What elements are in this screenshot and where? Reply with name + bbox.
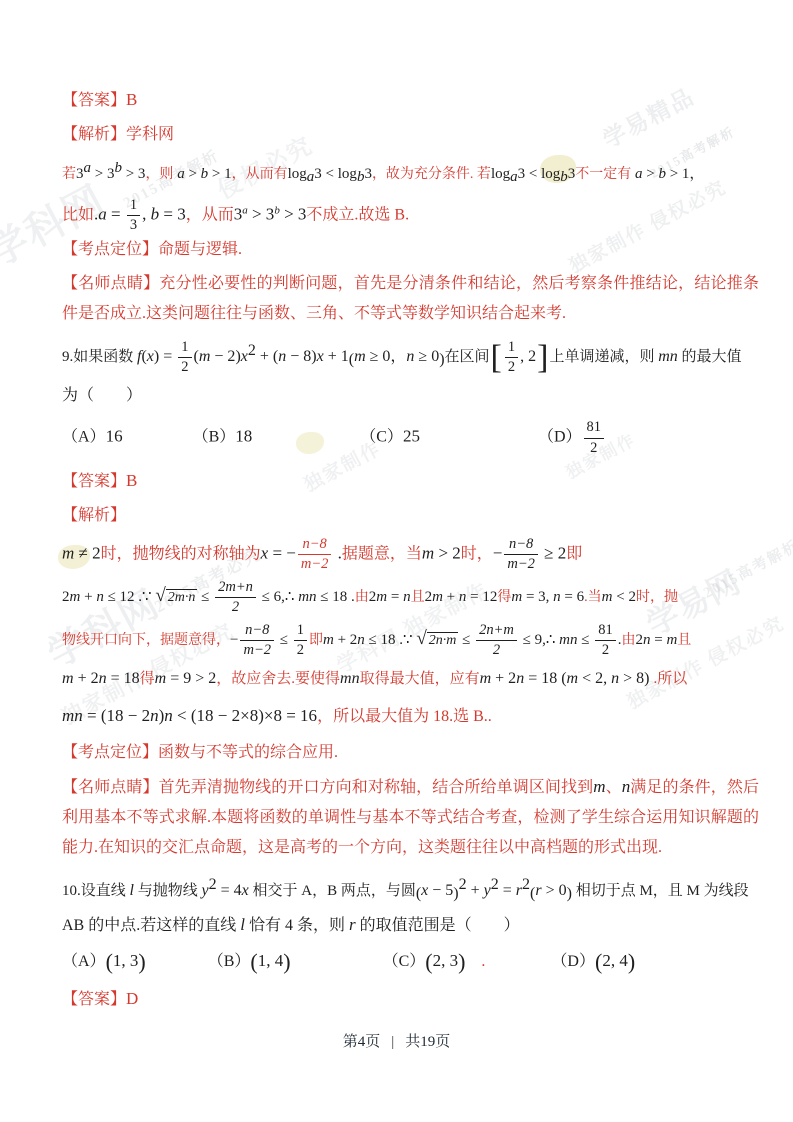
fraction: n−8m−2 [240,622,274,659]
text-segment: n [99,670,107,687]
text-segment: B [126,471,137,490]
text-segment: n [516,670,524,687]
text-segment: < 2, [578,670,611,687]
text-segment: log [491,166,510,182]
text-segment: > 1， [666,166,704,182]
text-segment: m [354,348,366,365]
fraction-denominator: 2 [476,641,517,659]
text-segment: n [357,632,365,648]
text-segment: n [164,706,173,725]
text-segment: ) [283,949,290,974]
text-segment: x [147,348,154,365]
text-segment: AB 的中点.若这样的直线 [62,917,240,934]
radical-sign-icon: √ [416,628,426,649]
text-segment: n [150,706,159,725]
text-segment: 【考点定位】函数与不等式的综合应用. [62,744,338,761]
text-segment: 25 [403,427,420,446]
option-spacer [123,441,193,442]
text-segment: （D） [538,429,582,446]
fraction: 12 [294,622,307,659]
text-segment: = 12 [466,589,497,605]
text-segment: 时，抛物线的对称轴为 [101,545,261,562]
text-segment: ≥ 0， [366,348,407,365]
text-segment: .当 [584,590,602,605]
fraction-denominator: 2 [595,641,616,659]
square-root: √2m·n [155,582,197,611]
big-bracket: [ [491,339,502,376]
fraction-denominator: m−2 [504,555,538,573]
text-segment: 1, 4 [258,951,284,970]
text-segment: 即 [566,545,582,562]
text-segment: 2, 4 [602,951,628,970]
text-segment: > 3 [248,204,275,223]
text-segment: m [593,777,605,796]
q8-teacher-note: 【名师点睛】充分性必要性的判断问题，首先是分清条件和结论，然后考察条件推结论，结… [62,269,759,329]
text-segment: = 3, [522,589,553,605]
text-segment: m [480,670,492,687]
text-segment: ∴ [285,589,298,605]
q8-analysis-label: 【解析】学科网 [62,121,759,148]
text-segment: − 5 [428,882,453,899]
text-segment: 比如 [62,206,94,223]
q8-analysis-line2: 比如.a = 13, b = 3，从而3a > 3b > 3不成立.故选 B. [62,197,759,234]
text-segment: 在区间 [445,349,490,365]
text-segment: > 2 [434,543,461,562]
q9-teacher-note: 【名师点睛】首先弄清抛物线的开口方向和对称轴，结合所给单调区间找到m、n满足的条… [62,772,759,863]
text-segment: （D） [551,953,595,970]
fraction-denominator: 3 [127,216,140,234]
text-segment: x [242,882,249,899]
text-segment: b [658,166,666,182]
radicand: 2n·m [427,632,459,648]
text-segment: m [323,632,334,648]
text-segment: 学科网 [126,126,174,143]
text-segment: > 0 [542,882,567,899]
text-segment: .所以 [654,671,688,687]
text-segment: 【考点定位】命题与逻辑. [62,241,242,258]
text-segment: ( [250,949,257,974]
text-segment: 3 [234,204,243,223]
text-segment: n [611,670,619,687]
fraction-numerator: 1 [178,339,191,358]
content-area: 【答案】B【解析】学科网若3a > 3b > 3，则 a > b > 1，从而有… [0,0,793,1013]
text-segment: ∴ [546,632,559,648]
text-segment: m [155,670,167,687]
text-segment: m [567,670,579,687]
text-segment: ≤ 18 [365,632,396,648]
text-segment: > [185,166,201,182]
text-segment: B [126,90,137,109]
text-segment: （B） [193,429,236,446]
text-segment: （C） [360,429,403,446]
text-segment: ) [628,949,635,974]
text-segment: 、 [605,779,621,796]
text-segment: 【名师点睛】首先弄清抛物线的开口方向和对称轴，结合所给单调区间找到 [62,779,593,796]
text-segment: − 2 [210,348,235,365]
text-segment: 若 [62,167,76,182]
fraction-numerator: 81 [595,622,616,641]
text-segment: 不成立.故选 B. [306,206,409,223]
fraction: 812 [584,419,605,456]
text-segment: − [230,632,238,648]
text-segment: 2 [522,876,530,893]
fraction: 2m+n2 [215,579,256,616]
text-segment: 的最大值 [678,349,742,365]
text-segment: m [70,589,81,605]
text-segment: log [541,166,560,182]
footer-page-total: 共19页 [405,1034,450,1050]
text-segment: 2 [491,876,499,893]
q9-stem-line1: 9.如果函数 f(x) = 12(m − 2)x2 + (n − 8)x + 1… [62,337,759,376]
fraction-denominator: 2 [584,439,605,457]
option-spacer [252,441,360,442]
text-segment: 【答案】 [62,473,126,490]
text-segment: = [107,204,125,223]
text-segment: > [643,166,659,182]
fraction-numerator: n−8 [504,536,538,555]
text-segment: ≤ [578,632,594,648]
text-segment: （B） [208,953,251,970]
text-segment: .∵ [135,589,156,605]
text-segment: 上单调递减，则 [549,349,658,365]
fraction-denominator: 2 [178,358,191,376]
q9-answer: 【答案】B [62,467,759,495]
fraction: 2n+m2 [476,622,517,659]
text-segment: 时， [461,545,493,562]
text-segment: 【答案】 [62,991,126,1008]
text-segment: . [347,589,355,605]
text-segment: 物线开口向下，据题意得， [62,633,230,648]
text-segment: mn [559,632,577,648]
text-segment: ≠ 2 [74,543,100,562]
fraction-numerator: n−8 [298,536,332,555]
text-segment: .∵ [396,632,417,648]
text-segment: ≤ 12 [104,589,135,605]
fraction: n−8m−2 [298,536,332,573]
text-segment: ，从而有 [232,167,288,182]
text-segment: = − [268,543,296,562]
radical-sign-icon: √ [155,585,165,606]
text-segment: + [80,589,96,605]
text-segment: 3 [76,166,84,182]
fraction: 13 [127,197,140,234]
fraction-numerator: 1 [505,339,518,358]
option-spacer [485,965,551,966]
text-segment: < 2 [612,589,635,605]
text-segment: （A） [62,429,106,446]
text-segment: ≤ [197,589,213,605]
q8-analysis-line1: 若3a > 3b > 3，则 a > b > 1，从而有loga3 < logb… [62,155,759,191]
text-segment: 得 [140,671,155,687]
fraction-numerator: 81 [584,419,605,438]
q9-options: （A）16（B）18（C）25（D）812 [62,419,759,456]
text-segment: + 2 [334,632,357,648]
text-segment: 【解析】 [62,507,126,524]
text-segment: r [349,915,356,934]
text-segment: ) = [154,348,176,365]
big-bracket: ] [537,339,548,376]
text-segment: 与抛物线 [134,883,202,899]
fraction-numerator: n−8 [240,622,274,641]
q9-analysis-label: 【解析】 [62,502,759,529]
text-segment: = 6 [561,589,584,605]
text-segment: x [317,348,324,365]
text-segment: m [376,589,387,605]
text-segment: 2 [209,876,217,893]
q9-analysis-line1: m ≠ 2时，抛物线的对称轴为x = −n−8m−2 .据题意，当m > 2时，… [62,536,759,573]
text-segment: − [493,543,503,562]
text-segment: ，则 [145,167,173,182]
text-segment: = 4 [217,882,242,899]
text-segment: m [666,632,677,648]
text-segment: 2, 3 [433,951,459,970]
text-segment: 2 [425,589,433,605]
text-segment: 3 [364,166,372,182]
q9-keypoint: 【考点定位】函数与不等式的综合应用. [62,739,759,766]
text-segment: 时，抛 [636,590,678,605]
text-segment: ≤ 18 [317,589,348,605]
text-segment: 取得最大值，应有 [360,671,480,687]
fraction-denominator: 2 [294,641,307,659]
text-segment: ≤ 9, [519,632,546,648]
text-segment: ≥ 0 [414,348,439,365]
text-segment: n [96,589,104,605]
text-segment: ，所以最大值为 18.选 B.. [317,708,492,725]
text-segment: n [403,589,411,605]
text-segment: 2 [459,876,467,893]
fraction: 812 [595,622,616,659]
text-segment: + [443,589,459,605]
text-segment: a [84,160,92,176]
text-segment: 2 [635,632,643,648]
option-spacer [420,441,538,442]
text-segment: + ( [256,348,278,365]
fraction-numerator: 1 [294,622,307,641]
text-segment: mn [658,348,678,365]
text-segment: 不一定有 [575,167,631,182]
fraction-denominator: m−2 [298,555,332,573]
text-segment: ，故为充分条件. 若 [372,167,491,182]
fraction: 12 [178,339,191,376]
text-segment: mn [340,670,360,687]
text-segment: > 8 [619,670,644,687]
text-segment: mn [62,706,83,725]
text-segment: , [142,204,151,223]
text-segment: a [98,204,107,223]
text-segment: . [465,953,485,970]
text-segment: 恰有 4 条，则 [245,917,349,934]
text-segment: 16 [106,427,123,446]
q10-answer: 【答案】D [62,985,759,1013]
text-segment: 相切于点 M，且 M 为线段 [572,883,749,899]
fraction-denominator: m−2 [240,641,274,659]
q9-analysis-line2: 2m + n ≤ 12 .∵ √2m·n ≤ 2m+n2 ≤ 6,∴ mn ≤ … [62,579,759,616]
text-segment: > 3 [122,166,145,182]
text-segment: 3 [518,166,526,182]
text-segment: m [602,589,613,605]
text-segment: = (18 − 2 [83,706,150,725]
radicand: 2m·n [166,589,198,605]
text-segment: 由 [621,633,635,648]
q10-stem-line2: AB 的中点.若这样的直线 l 恰有 4 条，则 r 的取值范围是（ ） [62,911,759,939]
text-segment: 相交于 A，B 两点，与圆 [249,883,416,899]
fraction: 12 [505,339,518,376]
text-segment: 【答案】 [62,92,126,109]
text-segment: ≤ [276,632,292,648]
text-segment: ( [425,949,432,974]
text-segment: 且 [411,590,425,605]
text-segment: = [387,589,403,605]
text-segment: 且 [677,633,691,648]
q8-keypoint: 【考点定位】命题与逻辑. [62,236,759,263]
document-page: 学科网2015高考解析侵权必究学易精品2015高考解析独家制作 侵权必究独家制作… [0,0,793,1122]
text-segment: 2 [248,342,256,359]
q8-answer: 【答案】B [62,86,759,114]
text-segment: 9.如果函数 [62,349,137,365]
text-segment: b [560,169,568,185]
fraction-denominator: 2 [505,358,518,376]
text-segment: m [62,543,74,562]
text-segment: = 3 [159,204,186,223]
option-spacer [291,965,383,966]
fraction-numerator: 2n+m [476,622,517,641]
q10-stem-line1: 10.设直线 l 与抛物线 y2 = 4x 相交于 A，B 两点，与圆(x − … [62,871,759,905]
fraction-denominator: 2 [215,598,256,616]
text-segment: 由 [355,590,369,605]
text-segment: 1, 3 [113,951,139,970]
text-segment: b [151,204,160,223]
text-segment: n [622,777,631,796]
q9-analysis-line4: m + 2n = 18得m = 9 > 2，故应舍去.要使得mn取得最大值，应有… [62,665,759,693]
text-segment: ≤ [458,632,474,648]
text-segment: < [322,166,338,182]
text-segment: （C） [383,953,426,970]
text-segment: 为（ ） [62,387,142,404]
text-segment: ，从而 [186,206,234,223]
text-segment: 10.设直线 [62,883,130,899]
text-segment: （A） [62,953,106,970]
fraction-numerator: 1 [127,197,140,216]
text-segment: a [173,166,184,182]
text-segment: 2 [62,589,70,605]
text-segment: D [126,989,138,1008]
text-segment: + 2 [491,670,516,687]
text-segment: m [511,589,522,605]
text-segment: log [288,166,307,182]
page-footer: 第4页|共19页 [0,1030,793,1051]
text-segment: x [241,348,248,365]
text-segment: + 2 [74,670,99,687]
text-segment: 18 [235,427,252,446]
text-segment: n [553,589,561,605]
text-segment: 【解析】 [62,126,126,143]
text-segment: − 8 [286,348,311,365]
text-segment: < (18 − 2×8)×8 = 16 [173,706,317,725]
text-segment: = 18 ( [524,670,566,687]
text-segment: < [525,166,541,182]
text-segment: = [499,882,516,899]
text-segment: ) [138,949,145,974]
footer-page-current: 第4页 [343,1034,381,1050]
q9-stem-line2: 为（ ） [62,382,759,409]
text-segment: ( [106,949,113,974]
text-segment: mn [298,589,316,605]
text-segment: b [114,160,122,176]
fraction: n−8m−2 [504,536,538,573]
text-segment: 即 [309,633,323,648]
fraction-numerator: 2m+n [215,579,256,598]
q10-options: （A）(1, 3)（B）(1, 4)（C）(2, 3) .（D）(2, 4) [62,947,759,975]
text-segment: 的取值范围是（ ） [356,917,520,934]
text-segment: ) [644,670,653,687]
text-segment: y [201,882,208,899]
q9-analysis-line3: 物线开口向下，据题意得，−n−8m−2 ≤ 12即m + 2n ≤ 18 .∵ … [62,622,759,659]
text-segment: > 1 [208,166,231,182]
text-segment: ≥ 2 [540,543,566,562]
text-segment: = 18 [107,670,140,687]
text-segment: m [422,543,434,562]
text-segment: log [338,166,357,182]
footer-separator: | [391,1034,394,1050]
text-segment: m [62,670,74,687]
text-segment: . [333,543,342,562]
text-segment: m [432,589,443,605]
text-segment: = 9 > 2 [166,670,216,687]
text-segment: 得 [497,590,511,605]
text-segment: = [650,632,666,648]
text-segment: y [484,882,491,899]
option-spacer [146,965,208,966]
text-segment: ≤ 6, [258,589,285,605]
q9-analysis-line5: mn = (18 − 2n)n < (18 − 2×8)×8 = 16，所以最大… [62,702,759,730]
text-segment: ，故应舍去.要使得 [216,671,340,687]
text-segment: + [467,882,484,899]
text-segment: , 2 [520,348,536,365]
text-segment: m [199,348,211,365]
text-segment: + 1 [324,348,349,365]
square-root: √2n·m [416,625,458,654]
text-segment: 3 [314,166,322,182]
text-segment: a [631,166,642,182]
text-segment: 据题意，当 [342,545,422,562]
text-segment: > 3 [280,204,307,223]
text-segment: a [510,169,518,185]
text-segment: > 3 [91,166,114,182]
text-segment: 【名师点睛】充分性必要性的判断问题，首先是分清条件和结论，然后考察条件推结论，结… [62,275,759,322]
